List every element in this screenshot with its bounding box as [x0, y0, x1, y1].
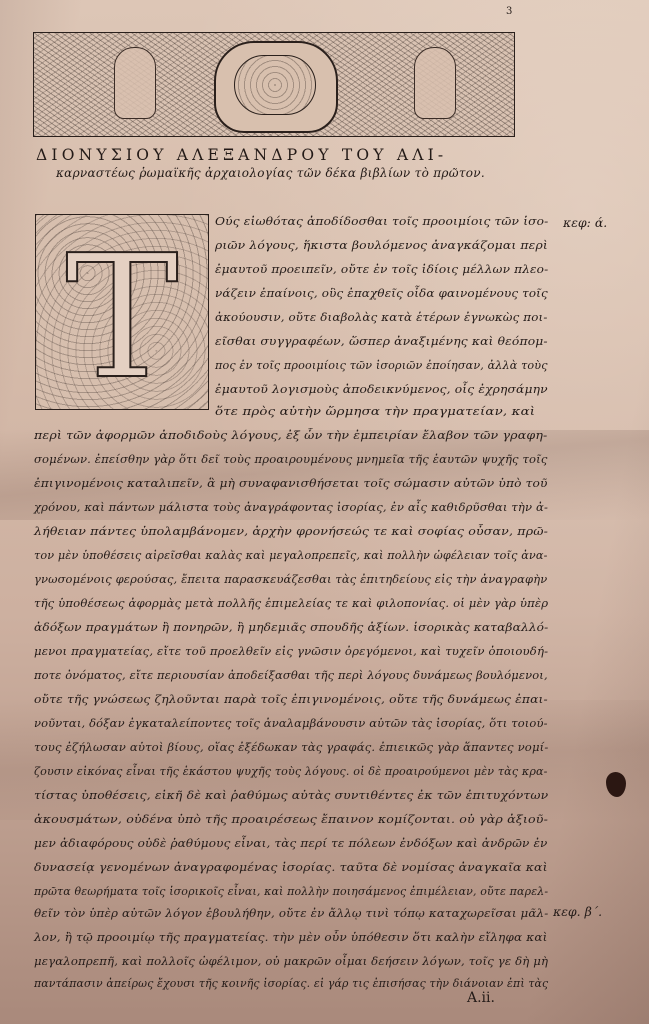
body-line: τον μὲν ὑποθέσεις αἱρεῖσθαι καλὰς καὶ με… [34, 548, 548, 562]
body-line: τῆς ὑποθέσεως ἀφορμὰς μετὰ πολλῆς ἐπιμελ… [34, 596, 548, 610]
body-line: θεῖν τὸν ὑπὲρ αὐτῶν λόγον ἐβουλήθην, οὔτ… [34, 906, 548, 920]
margin-note-chapter-2: κεφ. β΄. [553, 904, 602, 919]
folio-number: 3 [506, 6, 512, 17]
body-line: σομένων. ἐπείσθην γὰρ ὅτι δεῖ τοὺς προαι… [34, 452, 547, 466]
body-line: λον, ἢ τῷ προοιμίῳ τῆς πραγματείας. τὴν … [34, 930, 548, 944]
body-line: πος ἐν τοῖς προοιμίοις τῶν ἱσοριῶν ἐποίη… [215, 358, 548, 372]
ornamental-headpiece [33, 32, 515, 137]
body-line: παντάπασιν ἀπείρως ἔχουσι τῆς κοινῆς ἱσο… [34, 976, 548, 990]
drop-cap-letter: T [36, 233, 208, 403]
body-line: λήθειαν πάντες ὑπολαμβάνομεν, ἀρχὴν φρον… [34, 524, 548, 538]
margin-note-chapter-1: κεφ: ά. [563, 215, 607, 230]
body-line: ἐπιγινομένοις καταλιπεῖν, ἃ μὴ συναφανισ… [34, 476, 548, 490]
body-line: ζουσιν εἰκόνας εἶναι τῆς ἑκάστου ψυχῆς τ… [34, 764, 548, 778]
body-line: οὔτε τῆς γνώσεως ζηλοῦνται παρὰ τοῖς ἐπι… [34, 692, 548, 706]
body-line: νάζειν ἐπαίνοις, οὓς ἐπαχθεῖς οἶδα φαινο… [215, 286, 548, 300]
signature-mark: A.ii. [467, 990, 495, 1006]
body-line: ἐμαυτοῦ λογισμοὺς ἀποδεικνύμενος, οἷς ἐχ… [215, 382, 548, 396]
body-line: γνωσομένοις φερούσας, ἔπειτα παρασκευάζε… [34, 572, 547, 586]
body-line: μεν ἀδιαφόρους οὐδὲ ῥαθύμους εἶναι, τὰς … [34, 836, 548, 850]
body-line: ἀδόξων πραγμάτων ἢ πονηρῶν, ἢ μηδεμιᾶς σ… [34, 620, 548, 634]
putto-left-figure [114, 47, 156, 119]
body-line: νοῦνται, δόξαν ἐγκαταλείποντες τοῖς ἀναλ… [34, 716, 548, 730]
body-line: εῖσθαι συγγραφέων, ὥσπερ ἀναξιμένης καὶ … [215, 334, 548, 348]
body-line: χρόνου, καὶ πάντων μάλιστα τοὺς ἀναγράφο… [34, 500, 548, 514]
body-line: Ούς εἰωθότας ἀποδίδοσθαι τοῖς προοιμίοις… [215, 214, 548, 228]
body-line: ὅτε πρὸς αὐτὴν ὥρμησα τὴν πραγματείαν, κ… [215, 404, 535, 418]
body-line: περὶ τῶν ἀφορμῶν ἀποδιδοὺς λόγους, ἐξ ὧν… [34, 428, 547, 442]
body-line: ἀκούουσιν, οὔτε διαβολὰς κατὰ ἑτέρων ἐγν… [215, 310, 547, 324]
body-line: ἐμαυτοῦ προειπεῖν, οὔτε ἐν τοῖς ἰδίοις μ… [215, 262, 548, 276]
body-line: πρῶτα θεωρήματα τοῖς ἱσορικοῖς εἶναι, κα… [34, 884, 548, 898]
body-line: δυνασείᾳ γενομένων ἀναγραφομένας ἱσορίας… [34, 860, 548, 874]
putto-right-figure [414, 47, 456, 119]
ornamental-drop-cap: T [35, 214, 209, 410]
body-line: μεγαλοπρεπῆ, καὶ πολλοῖς ὠφέλιμον, οὐ μα… [34, 954, 548, 968]
body-line: ἀκουσμάτων, οὐδένα ὑπὸ τῆς προαιρέσεως ἔ… [34, 812, 548, 826]
body-line: ποτε ὀνόματος, εἴτε περιουσίαν ἀποδείξασ… [34, 668, 548, 682]
body-line: τους ἐζήλωσαν αὐτοὶ βίους, οἵας ἐξέδωκαν… [34, 740, 548, 754]
body-line: τίστας ὑποθέσεις, εἰκῆ δὲ καὶ ῥαθύμως αὐ… [34, 788, 548, 802]
ink-stain [606, 772, 626, 797]
body-line: ριῶν λόγους, ἥκιστα βουλόμενος ἀναγκάζομ… [215, 238, 548, 252]
central-cartouche [214, 41, 338, 133]
body-line: μενοι πραγματείας, εἴτε τοῦ προελθεῖν εἰ… [34, 644, 548, 658]
title-caps-line: ΔΙΟΝΥΣΙΟΥ ΑΛΕΞΑΝΔΡΟΥ ΤΟΥ ΑΛΙ- [36, 146, 447, 164]
title-sub-line: καρναστέως ῥωμαϊκῆς ἀρχαιολογίας τῶν δέκ… [56, 166, 485, 180]
